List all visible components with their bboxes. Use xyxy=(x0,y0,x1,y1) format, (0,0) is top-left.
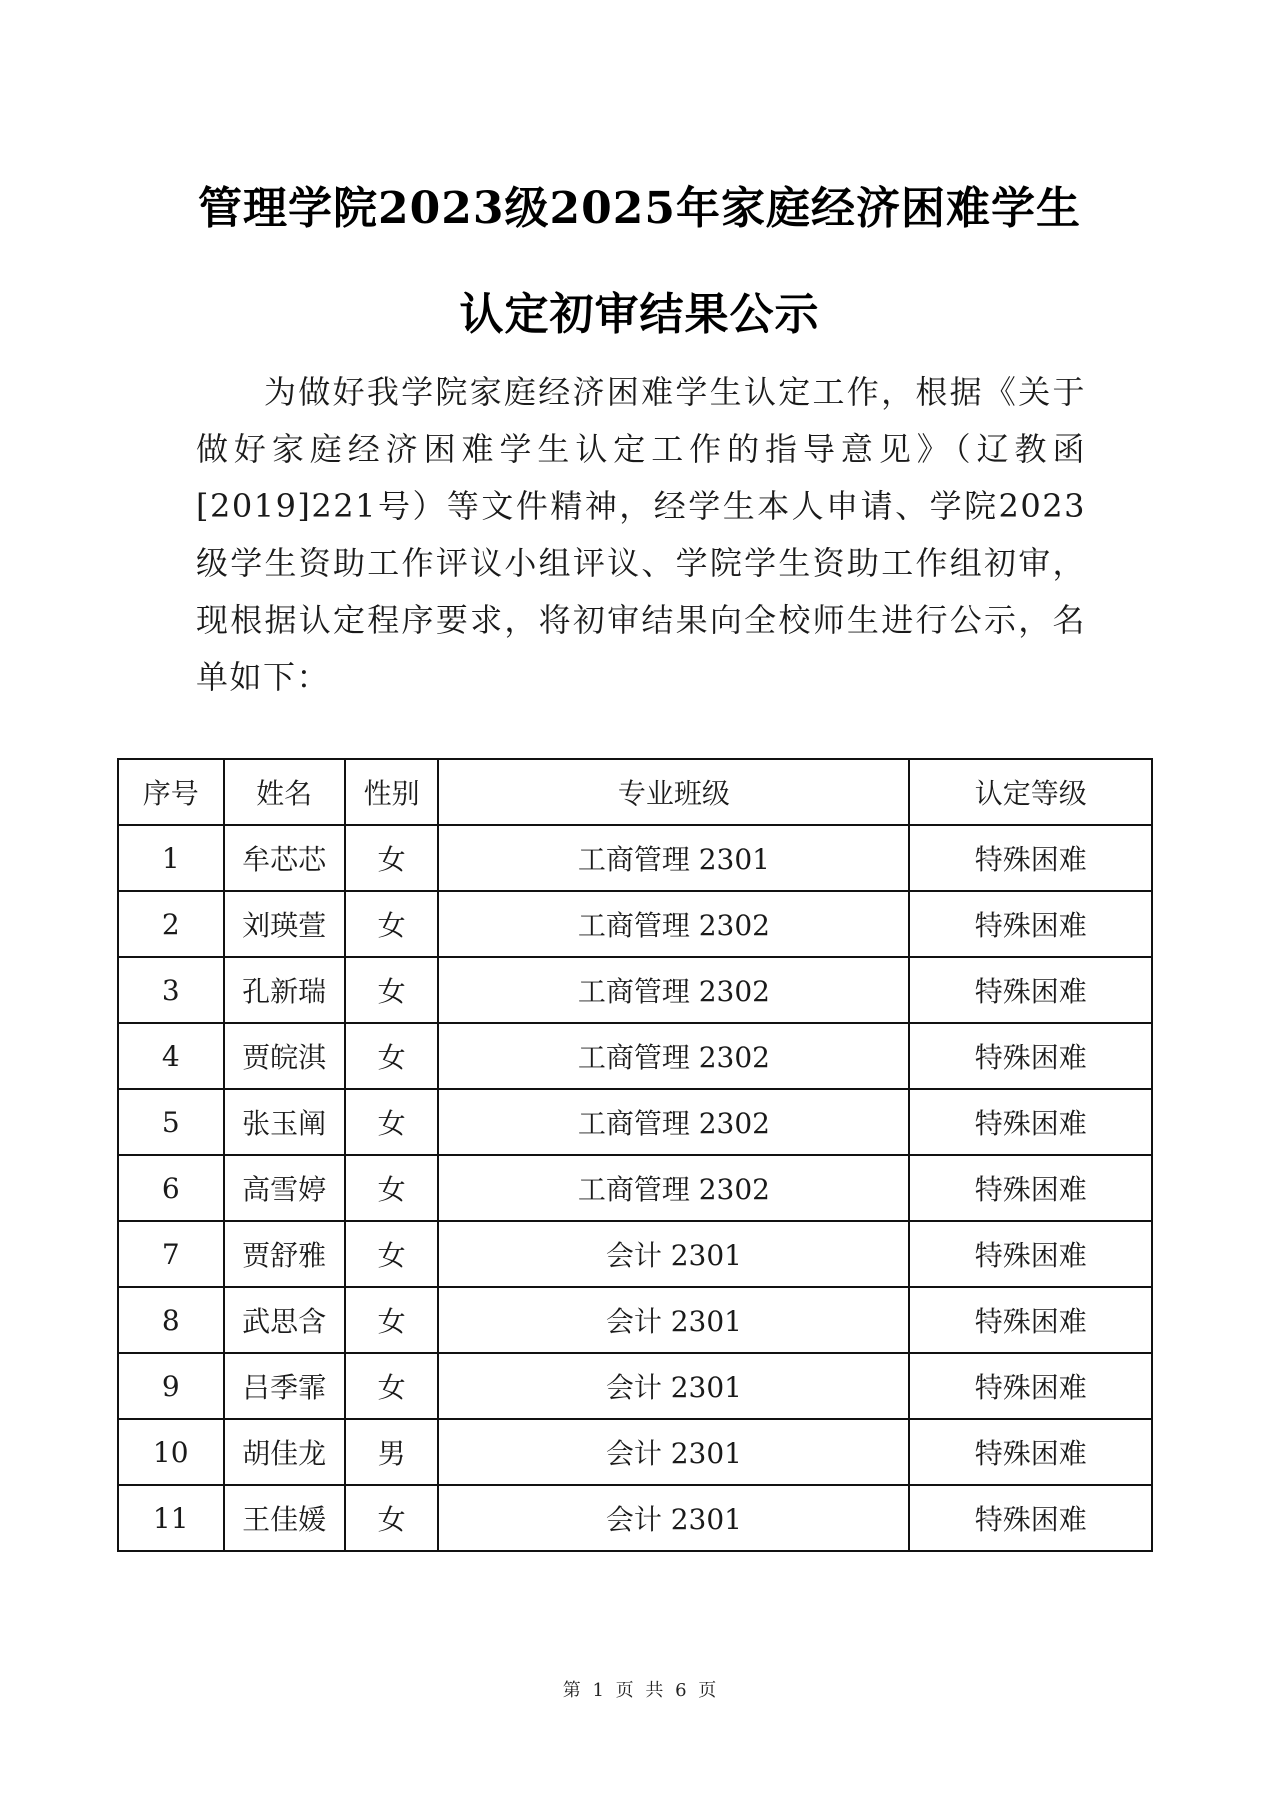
table-row: 2刘瑛萱女工商管理 2302特殊困难 xyxy=(118,891,1152,957)
header-class: 专业班级 xyxy=(438,759,909,825)
cell-gender: 女 xyxy=(345,825,439,891)
cell-index: 1 xyxy=(118,825,224,891)
cell-name: 孔新瑞 xyxy=(224,957,345,1023)
cell-gender: 女 xyxy=(345,891,439,957)
cell-class: 会计 2301 xyxy=(438,1485,909,1551)
cell-class: 会计 2301 xyxy=(438,1287,909,1353)
cell-index: 10 xyxy=(118,1419,224,1485)
cell-index: 8 xyxy=(118,1287,224,1353)
table-row: 6高雪婷女工商管理 2302特殊困难 xyxy=(118,1155,1152,1221)
cell-level: 特殊困难 xyxy=(909,1221,1152,1287)
cell-gender: 女 xyxy=(345,1023,439,1089)
cell-class: 工商管理 2302 xyxy=(438,957,909,1023)
table-row: 4贾皖淇女工商管理 2302特殊困难 xyxy=(118,1023,1152,1089)
cell-level: 特殊困难 xyxy=(909,1485,1152,1551)
cell-index: 2 xyxy=(118,891,224,957)
table-row: 7贾舒雅女会计 2301特殊困难 xyxy=(118,1221,1152,1287)
header-name: 姓名 xyxy=(224,759,345,825)
cell-level: 特殊困难 xyxy=(909,1155,1152,1221)
cell-gender: 女 xyxy=(345,1089,439,1155)
cell-level: 特殊困难 xyxy=(909,1287,1152,1353)
cell-index: 7 xyxy=(118,1221,224,1287)
cell-level: 特殊困难 xyxy=(909,891,1152,957)
cell-name: 胡佳龙 xyxy=(224,1419,345,1485)
cell-index: 5 xyxy=(118,1089,224,1155)
cell-name: 吕季霏 xyxy=(224,1353,345,1419)
cell-level: 特殊困难 xyxy=(909,957,1152,1023)
cell-class: 工商管理 2302 xyxy=(438,1089,909,1155)
cell-name: 贾舒雅 xyxy=(224,1221,345,1287)
table-row: 1牟芯芯女工商管理 2301特殊困难 xyxy=(118,825,1152,891)
table-row: 3孔新瑞女工商管理 2302特殊困难 xyxy=(118,957,1152,1023)
header-index: 序号 xyxy=(118,759,224,825)
cell-gender: 女 xyxy=(345,1353,439,1419)
table-row: 8武思含女会计 2301特殊困难 xyxy=(118,1287,1152,1353)
cell-gender: 女 xyxy=(345,1221,439,1287)
student-list-table: 序号 姓名 性别 专业班级 认定等级 1牟芯芯女工商管理 2301特殊困难2刘瑛… xyxy=(117,758,1153,1552)
cell-name: 刘瑛萱 xyxy=(224,891,345,957)
page-number: 第 1 页 共 6 页 xyxy=(0,1676,1279,1702)
cell-class: 会计 2301 xyxy=(438,1353,909,1419)
cell-class: 工商管理 2302 xyxy=(438,1023,909,1089)
document-page: 管理学院2023级2025年家庭经济困难学生 认定初审结果公示 为做好我学院家庭… xyxy=(0,0,1279,1809)
cell-class: 工商管理 2302 xyxy=(438,1155,909,1221)
header-level: 认定等级 xyxy=(909,759,1152,825)
cell-index: 4 xyxy=(118,1023,224,1089)
table-row: 9吕季霏女会计 2301特殊困难 xyxy=(118,1353,1152,1419)
page-subtitle: 认定初审结果公示 xyxy=(0,278,1279,342)
cell-index: 9 xyxy=(118,1353,224,1419)
cell-gender: 女 xyxy=(345,1287,439,1353)
cell-level: 特殊困难 xyxy=(909,1353,1152,1419)
cell-name: 武思含 xyxy=(224,1287,345,1353)
cell-level: 特殊困难 xyxy=(909,1419,1152,1485)
table-header-row: 序号 姓名 性别 专业班级 认定等级 xyxy=(118,759,1152,825)
cell-level: 特殊困难 xyxy=(909,1089,1152,1155)
cell-class: 工商管理 2301 xyxy=(438,825,909,891)
cell-level: 特殊困难 xyxy=(909,1023,1152,1089)
cell-level: 特殊困难 xyxy=(909,825,1152,891)
header-gender: 性别 xyxy=(345,759,439,825)
cell-index: 3 xyxy=(118,957,224,1023)
cell-gender: 男 xyxy=(345,1419,439,1485)
page-title: 管理学院2023级2025年家庭经济困难学生 xyxy=(0,172,1279,236)
cell-class: 会计 2301 xyxy=(438,1419,909,1485)
cell-gender: 女 xyxy=(345,957,439,1023)
cell-class: 会计 2301 xyxy=(438,1221,909,1287)
cell-name: 张玉阐 xyxy=(224,1089,345,1155)
table-row: 10胡佳龙男会计 2301特殊困难 xyxy=(118,1419,1152,1485)
cell-name: 高雪婷 xyxy=(224,1155,345,1221)
cell-class: 工商管理 2302 xyxy=(438,891,909,957)
cell-index: 6 xyxy=(118,1155,224,1221)
cell-name: 牟芯芯 xyxy=(224,825,345,891)
cell-gender: 女 xyxy=(345,1485,439,1551)
intro-paragraph: 为做好我学院家庭经济困难学生认定工作，根据《关于做好家庭经济困难学生认定工作的指… xyxy=(196,364,1086,706)
table-row: 5张玉阐女工商管理 2302特殊困难 xyxy=(118,1089,1152,1155)
cell-name: 王佳媛 xyxy=(224,1485,345,1551)
cell-name: 贾皖淇 xyxy=(224,1023,345,1089)
cell-index: 11 xyxy=(118,1485,224,1551)
cell-gender: 女 xyxy=(345,1155,439,1221)
table-row: 11王佳媛女会计 2301特殊困难 xyxy=(118,1485,1152,1551)
